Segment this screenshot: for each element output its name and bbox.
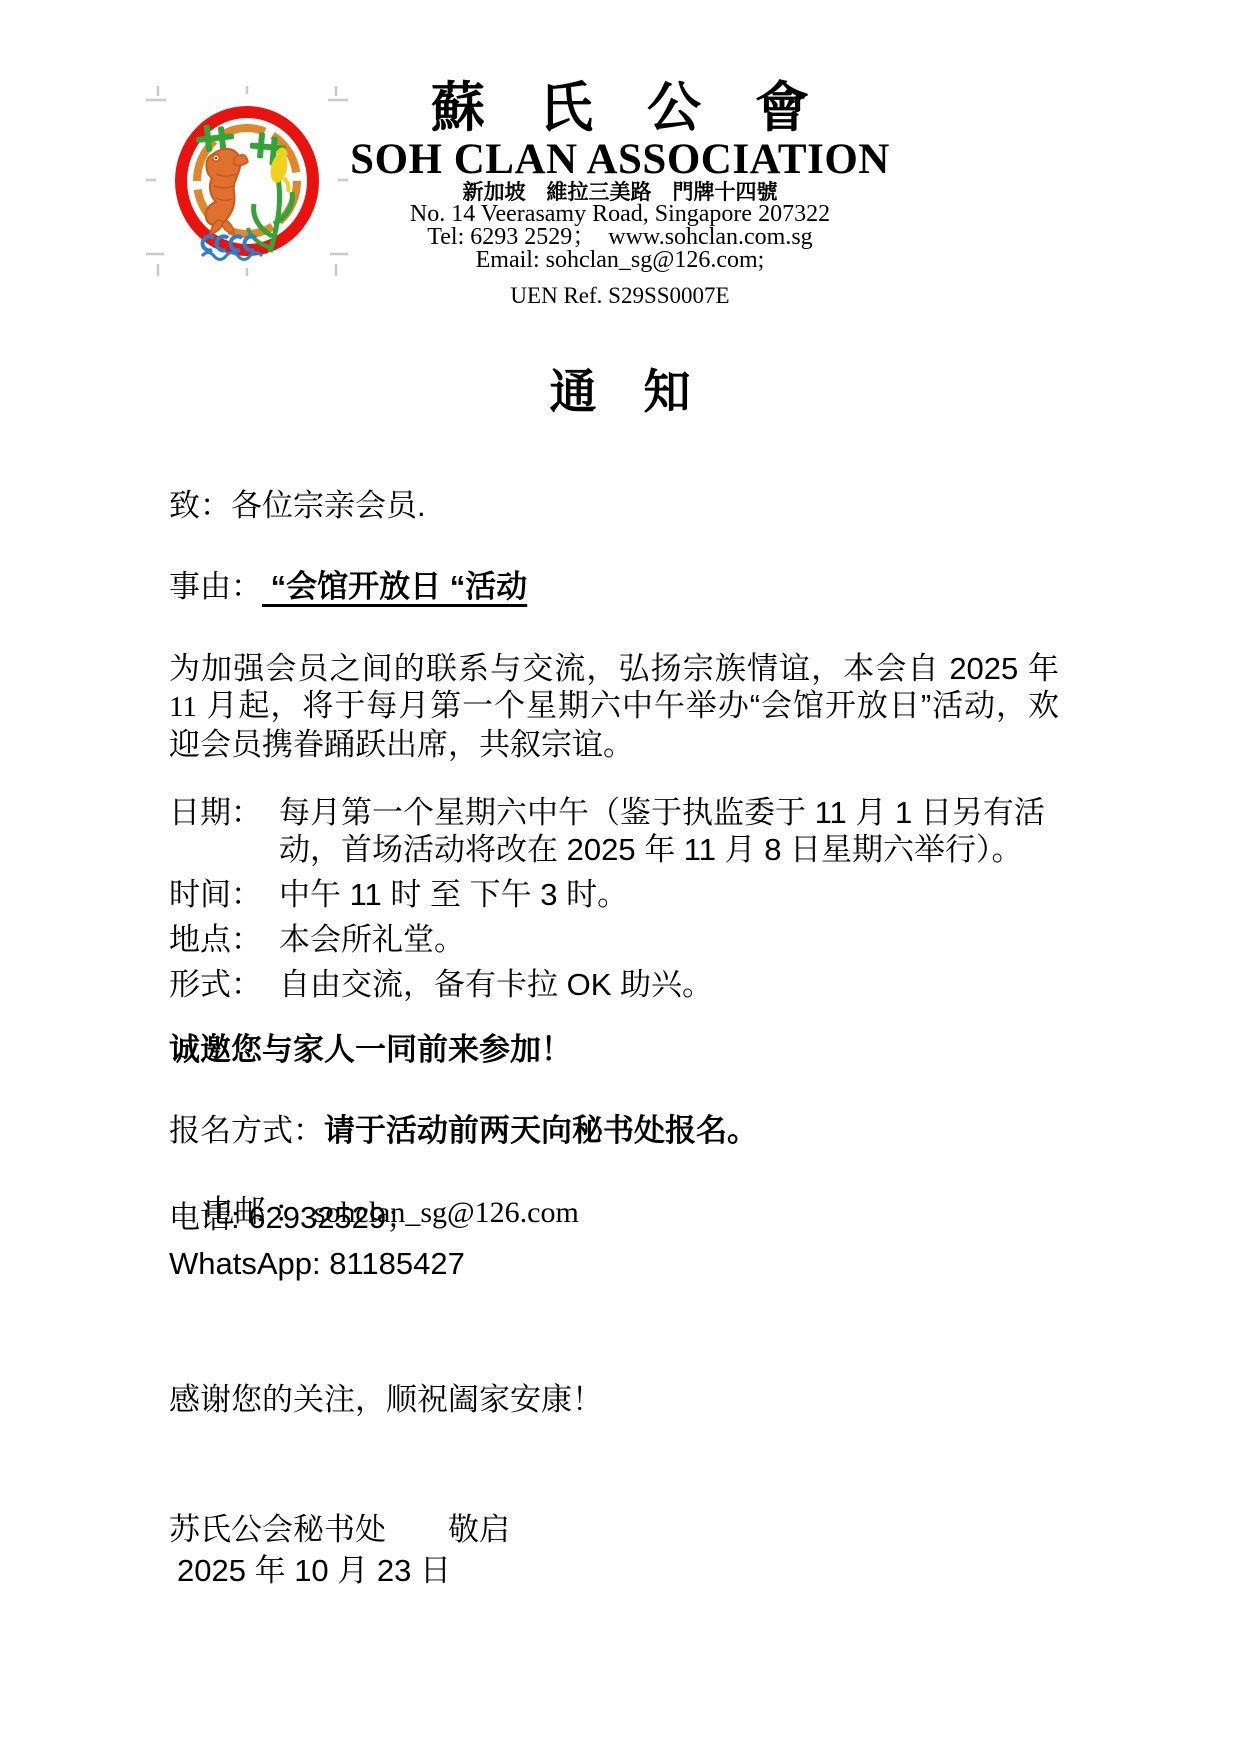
detail-row-date: 日期： 每月第一个星期六中午（鉴于执监委于 11 月 1 日另有活动，首场活动将… bbox=[169, 794, 1077, 868]
intro-text-a: 为加强会员之间的联系与交流，弘扬宗族情谊，本会自 2025 年 bbox=[169, 651, 1059, 686]
detail-label: 日期： bbox=[169, 794, 262, 868]
subject-line: 事由： “会馆开放日 “活动 bbox=[169, 568, 527, 605]
signoff-line: 苏氏公会秘书处 敬启 bbox=[169, 1511, 510, 1548]
signup-line: 报名方式：请于活动前两天向秘书处报名。 bbox=[169, 1112, 758, 1149]
addressee-line: 致：各位宗亲会员. bbox=[169, 487, 426, 524]
detail-value: 自由交流，备有卡拉 OK 助兴。 bbox=[279, 966, 1077, 1003]
subject-label: 事由： bbox=[169, 569, 262, 604]
notice-document-page: 蘇 氏 公 會 SOH CLAN ASSOCIATION 新加坡 維拉三美路 門… bbox=[0, 0, 1240, 1753]
subject-value: “会馆开放日 “活动 bbox=[262, 569, 527, 604]
notice-date: 2025 年 10 月 23 日 bbox=[177, 1552, 451, 1589]
intro-month-number: 11 bbox=[169, 691, 197, 723]
org-address-english: No. 14 Veerasamy Road, Singapore 207322 bbox=[0, 203, 1240, 226]
org-email: Email: sohclan_sg@126.com; bbox=[0, 249, 1240, 272]
org-name-english: SOH CLAN ASSOCIATION bbox=[0, 138, 1240, 181]
closing-thanks-line: 感谢您的关注，顺祝阖家安康！ bbox=[169, 1381, 603, 1418]
contact-whatsapp-line: WhatsApp: 81185427 bbox=[169, 1245, 465, 1282]
detail-value: 本会所礼堂。 bbox=[279, 921, 1077, 958]
contact-phone-line: 电话: 62932529； bbox=[169, 1199, 417, 1236]
detail-label: 时间： bbox=[169, 876, 262, 913]
intro-text-b: 月起，将于每月第一个星期六中午举办“会馆开放日”活动，欢迎会员携眷踊跃出席，共叙… bbox=[169, 688, 1059, 762]
signup-value: 请于活动前两天向秘书处报名。 bbox=[324, 1113, 758, 1148]
detail-label: 地点： bbox=[169, 921, 262, 958]
intro-paragraph: 为加强会员之间的联系与交流，弘扬宗族情谊，本会自 2025 年 11 月起，将于… bbox=[169, 650, 1059, 763]
org-name-chinese: 蘇 氏 公 會 bbox=[0, 80, 1240, 137]
detail-row-format: 形式： 自由交流，备有卡拉 OK 助兴。 bbox=[169, 966, 1077, 1003]
detail-row-time: 时间： 中午 11 时 至 下午 3 时。 bbox=[169, 876, 1077, 913]
event-details-list: 日期： 每月第一个星期六中午（鉴于执监委于 11 月 1 日另有活动，首场活动将… bbox=[169, 794, 1077, 1011]
detail-label: 形式： bbox=[169, 966, 262, 1003]
detail-row-venue: 地点： 本会所礼堂。 bbox=[169, 921, 1077, 958]
org-uen-ref: UEN Ref. S29SS0007E bbox=[0, 284, 1240, 307]
org-tel-website: Tel: 6293 2529； www.sohclan.com.sg bbox=[0, 226, 1240, 249]
invitation-line: 诚邀您与家人一同前来参加！ bbox=[169, 1031, 572, 1068]
detail-value: 每月第一个星期六中午（鉴于执监委于 11 月 1 日另有活动，首场活动将改在 2… bbox=[279, 794, 1077, 868]
detail-value: 中午 11 时 至 下午 3 时。 bbox=[279, 876, 1077, 913]
notice-title: 通 知 bbox=[0, 364, 1240, 420]
signup-label: 报名方式： bbox=[169, 1113, 324, 1148]
